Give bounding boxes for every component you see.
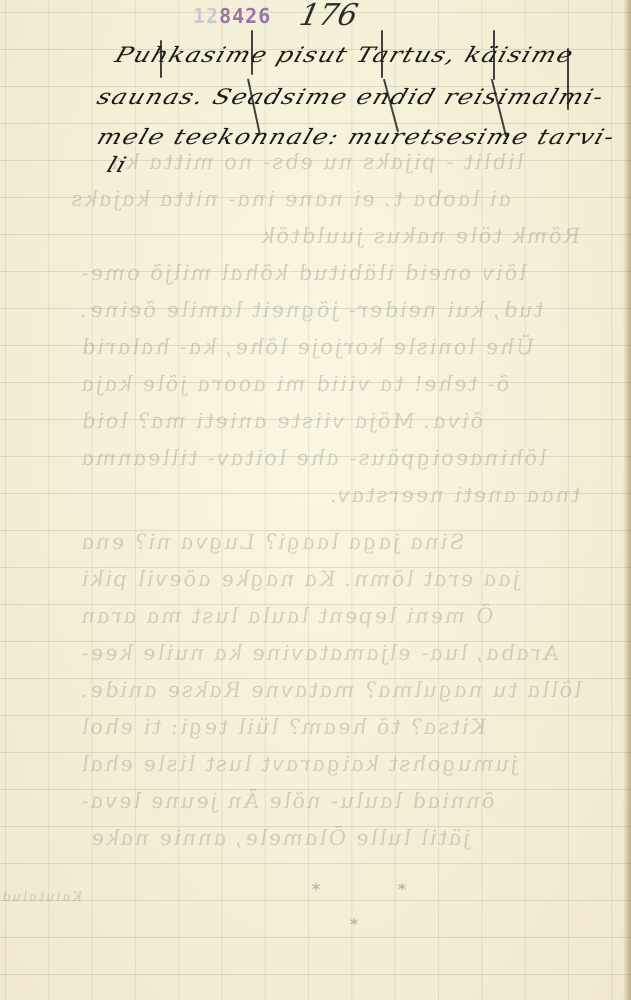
- manuscript-page: 128426 176 liblit - pijaks nu ebs- no mi…: [0, 0, 631, 1000]
- asterisk-ornament: *: [398, 880, 406, 899]
- ink-stroke: [493, 30, 495, 80]
- bleed-line: ai laoba t. ei nane ina- nitta kajaks: [66, 187, 515, 211]
- page-edge: [623, 0, 631, 1000]
- ink-line-1: Puhkasime pisut Tartus, käisime: [112, 42, 578, 67]
- bleed-line: tud, kui neider- jõgneit lamile õeine.: [76, 298, 547, 322]
- bleed-line: Sina jaga laagi? Lugva ni? ena: [76, 530, 468, 554]
- bleed-line: jätil lulle Õlamele, annie nake: [86, 826, 474, 850]
- ink-line-2: saunas. Seadsime endid reisimalmi-: [94, 84, 608, 109]
- bleed-line: Araba, lua- eljamatavine ka nuile kee-: [76, 641, 562, 665]
- asterisk-ornament: *: [350, 915, 358, 934]
- asterisk-ornament: *: [312, 880, 320, 899]
- bleed-line: jaa erat lõmn. Ka nagke aõevil piki: [76, 567, 524, 591]
- bleed-line: Õ meni lepent laula lust ma aran: [76, 604, 497, 628]
- bleed-line: Rõmk töle nakus juuldtõk: [256, 224, 584, 248]
- archive-stamp: 128426: [193, 4, 271, 28]
- stamp-digits: 8426: [219, 4, 271, 28]
- page-number: 176: [296, 0, 361, 33]
- ink-stroke: [381, 30, 383, 78]
- bleed-margin-note: Kaiutalud: [0, 890, 84, 905]
- bleed-line: liblit - pijaks nu ebs- no mitta ka: [106, 150, 527, 174]
- bleed-line: lõiv oneid iläbitud kõhal miljõ ome-: [76, 261, 530, 285]
- bleed-line: õ- tehe! ta viiid mi aoora jõle kaja: [76, 372, 514, 396]
- ink-stroke: [567, 48, 569, 110]
- bleed-line: jumugohst kaigaravt lust lisle ehal: [76, 752, 522, 776]
- bleed-line: tnaa aneti neerstav.: [326, 483, 584, 507]
- bleed-line: lõlla tu nagulma? matavne Rakse anide.: [76, 678, 585, 702]
- ink-line-3: mele teekonnale: muretsesime tarvi-: [94, 124, 619, 149]
- ink-stroke: [251, 30, 253, 75]
- bleed-line: Ühe lonisle korjoje lõhe, ka- halarid: [76, 335, 538, 359]
- bleed-line: lõhinaeoigpäus- ahe loitav- tilleanma: [76, 446, 550, 470]
- bleed-line: õnniad laulu- nõle Ãn jeune leva-: [76, 789, 499, 813]
- bleed-line: Kitsa? tõ heam? lüil tegi: ti ehol: [76, 715, 490, 739]
- stamp-faded-digits: 12: [193, 4, 219, 28]
- ink-stroke: [160, 40, 162, 78]
- bleed-line: õiva. Mõja viiste anieti ma? loid: [76, 409, 487, 433]
